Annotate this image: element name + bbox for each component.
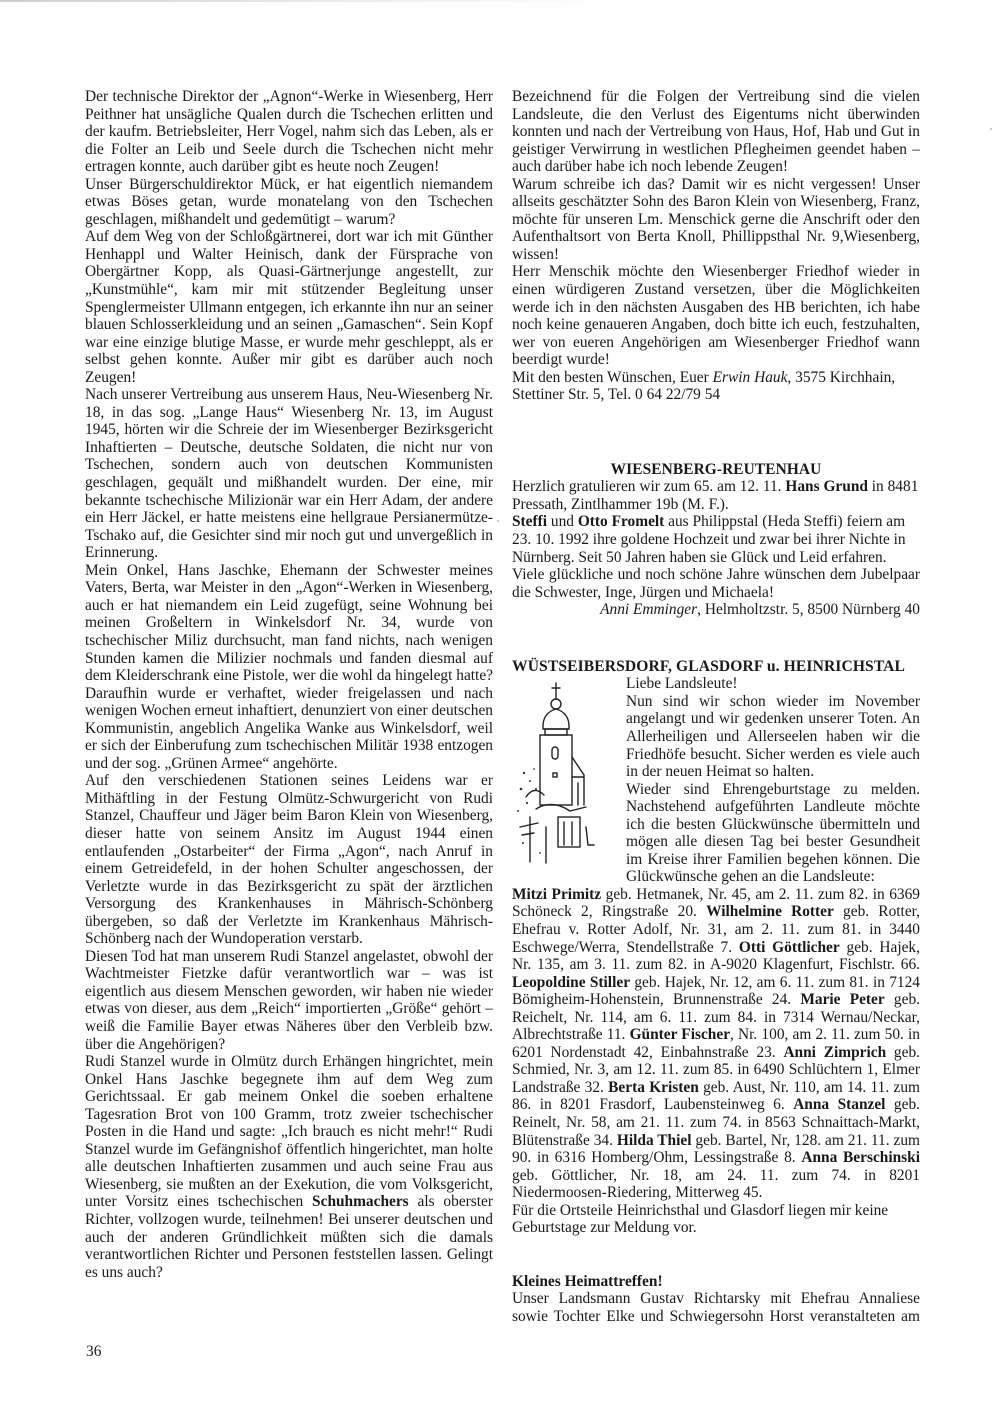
paragraph: Nach unserer Vertreibung aus unserem Hau… — [85, 386, 493, 561]
signoff: Mit den besten Wünschen, Euer Erwin Hauk… — [512, 369, 920, 404]
paragraph: Bezeichnend für die Folgen der Vertreibu… — [512, 88, 920, 176]
paragraph: Der technische Direktor der „Agnon“-Werk… — [85, 88, 493, 176]
right-column: Bezeichnend für die Folgen der Vertreibu… — [512, 88, 920, 1325]
emphasis-bold: Schuhmachers — [312, 1193, 409, 1210]
paragraph: Viele glückliche und noch schöne Jahre w… — [512, 566, 920, 601]
signature: Anni Emminger, Helmholtzstr. 5, 8500 Nür… — [512, 601, 920, 619]
section-intro: Liebe Landsleute! Nun sind wir schon wie… — [512, 675, 920, 886]
author-name: Erwin Hauk — [713, 369, 788, 386]
greeting: Liebe Landsleute! — [626, 675, 920, 693]
paragraph: Steffi und Otto Fromelt aus Philippstal … — [512, 513, 920, 566]
paragraph: Unser Bürgerschuldirektor Mück, er hat e… — [85, 176, 493, 229]
person-name: Marie Peter — [800, 991, 884, 1008]
scan-edge-artifact — [0, 0, 620, 2]
paragraph: Auf dem Weg von der Schloßgärtnerei, dor… — [85, 228, 493, 386]
person-name: Anna Berschinski — [801, 1149, 920, 1166]
person-name: Hilda Thiel — [617, 1132, 692, 1149]
person-name: Leopoldine Stiller — [512, 974, 630, 991]
paragraph: Wieder sind Ehrengeburtstage zu melden. … — [626, 781, 920, 886]
paragraph: Mein Onkel, Hans Jaschke, Ehemann der Sc… — [85, 562, 493, 773]
person-name: Otti Göttlicher — [739, 939, 840, 956]
section-title-reutenhau: WIESENBERG-REUTENHAU — [512, 461, 920, 479]
paragraph: Herr Menschik möchte den Wiesenberger Fr… — [512, 263, 920, 368]
author-address: , Helmholtzstr. 5, 8500 Nürnberg 40 — [697, 601, 920, 618]
section-title-heimattreffen: Kleines Heimattreffen! — [512, 1273, 920, 1291]
person-name: Günter Fischer — [630, 1026, 730, 1043]
scan-speck — [990, 128, 992, 130]
scanned-page: Der technische Direktor der „Agnon“-Werk… — [0, 0, 1000, 1412]
paragraph: Unser Landsmann Gustav Richtarsky mit Eh… — [512, 1290, 920, 1325]
birthday-list: Mitzi Primitz geb. Hetmanek, Nr. 45, am … — [512, 886, 920, 1202]
intro-text: Liebe Landsleute! Nun sind wir schon wie… — [626, 675, 920, 886]
person-name: Otto Fromelt — [578, 513, 664, 530]
person-name: Anna Stanzel — [793, 1096, 885, 1113]
birthday-details: geb. Göttlicher, Nr. 18, am 24. 11. zum … — [512, 1167, 920, 1202]
text: Mit den besten Wünschen, Euer — [512, 369, 713, 386]
left-column: Der technische Direktor der „Agnon“-Werk… — [85, 88, 493, 1281]
paragraph: Für die Ortsteile Heinrichsthal und Glas… — [512, 1202, 920, 1237]
person-name: Anni Zimprich — [783, 1044, 886, 1061]
page-number: 36 — [86, 1343, 101, 1361]
church-tower-illustration — [512, 677, 626, 867]
paragraph: Auf den verschiedenen Stationen seines L… — [85, 772, 493, 947]
section-title-wuestseibersdorf: WÜSTSEIBERSDORF, GLASDORF u. HEINRICHSTA… — [512, 658, 920, 676]
person-name: Steffi — [512, 513, 547, 530]
person-name: Wilhelmine Rotter — [706, 903, 834, 920]
scan-speck — [497, 520, 499, 522]
person-name: Mitzi Primitz — [512, 886, 601, 903]
paragraph-execution: Rudi Stanzel wurde in Olmütz durch Erhän… — [85, 1053, 493, 1281]
person-name: Berta Kristen — [608, 1079, 699, 1096]
author-name: Anni Emminger — [600, 601, 697, 618]
church-icon — [512, 677, 626, 867]
person-name: Hans Grund — [785, 478, 868, 495]
text: Herzlich gratulieren wir zum 65. am 12. … — [512, 478, 785, 495]
paragraph: Nun sind wir schon wieder im November an… — [626, 693, 920, 781]
text: und — [547, 513, 578, 530]
paragraph: Herzlich gratulieren wir zum 65. am 12. … — [512, 478, 920, 513]
paragraph: Warum schreibe ich das? Damit wir es nic… — [512, 176, 920, 264]
text: Rudi Stanzel wurde in Olmütz durch Erhän… — [85, 1053, 493, 1210]
paragraph: Diesen Tod hat man unserem Rudi Stanzel … — [85, 948, 493, 1053]
